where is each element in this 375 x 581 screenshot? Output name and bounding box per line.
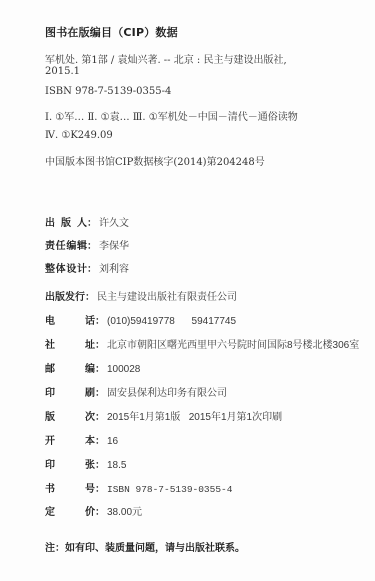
cip-isbn: ISBN 978-7-5139-0355-4 xyxy=(45,86,171,97)
quality-note: 注：如有印、装质量问题，请与出版社联系。 xyxy=(45,539,245,554)
publisher-person-value: 许久文 xyxy=(99,214,129,229)
phone-value: (010)59419778 59417745 xyxy=(107,316,236,327)
edition-value: 2015年1月第1版 2015年1月第1次印刷 xyxy=(107,408,282,423)
cip-entry-line-1: 军机处. 第1部 / 袁灿兴著. -- 北京 : 民主与建设出版社, xyxy=(45,51,287,66)
sheets-value: 18.5 xyxy=(107,460,126,471)
postcode-label: 邮 编 xyxy=(45,360,95,375)
editor-label: 责 任 编 辑 xyxy=(45,237,87,252)
cip-library-record: 中国版本图书馆CIP数据核字(2014)第204248号 xyxy=(45,153,265,168)
postcode-value: 100028 xyxy=(107,364,140,375)
editor-row: 责 任 编 辑 ： 李保华 xyxy=(45,237,129,252)
printer-value: 固安县保利达印务有限公司 xyxy=(107,384,227,399)
designer-label: 整 体 设 计 xyxy=(45,260,87,275)
printer-label: 印 刷 xyxy=(45,384,95,399)
book-number-row: 书 号 ： ISBN 978-7-5139-0355-4 xyxy=(45,480,232,495)
postcode-row: 邮 编 ： 100028 xyxy=(45,360,140,375)
designer-value: 刘利容 xyxy=(99,260,129,275)
publisher-person-label: 出 版 人 xyxy=(45,214,87,229)
edition-label: 版 次 xyxy=(45,408,95,423)
publisher-person-row: 出 版 人 ： 许久文 xyxy=(45,214,129,229)
designer-row: 整 体 设 计 ： 刘利容 xyxy=(45,260,129,275)
address-value: 北京市朝阳区曙光西里甲六号院时间国际8号楼北楼306室 xyxy=(107,336,359,351)
address-row: 社 址 ： 北京市朝阳区曙光西里甲六号院时间国际8号楼北楼306室 xyxy=(45,336,359,351)
cip-heading: 图书在版编目（CIP）数据 xyxy=(45,24,178,40)
cip-classification-line-1: Ⅰ. ①军… Ⅱ. ①袁… Ⅲ. ①军机处－中国－清代－通俗读物 xyxy=(45,108,298,123)
distributor-value: 民主与建设出版社有限责任公司 xyxy=(97,288,237,303)
distributor-label: 出版发行 xyxy=(45,288,85,303)
format-label: 开 本 xyxy=(45,432,95,447)
book-number-value: ISBN 978-7-5139-0355-4 xyxy=(107,484,232,495)
printer-row: 印 刷 ： 固安县保利达印务有限公司 xyxy=(45,384,227,399)
edition-row: 版 次 ： 2015年1月第1版 2015年1月第1次印刷 xyxy=(45,408,282,423)
price-value: 38.00元 xyxy=(107,503,142,518)
phone-row: 电 话 ： (010)59419778 59417745 xyxy=(45,312,236,327)
format-row: 开 本 ： 16 xyxy=(45,432,118,447)
copyright-page: 图书在版编目（CIP）数据 军机处. 第1部 / 袁灿兴著. -- 北京 : 民… xyxy=(0,0,375,581)
distributor-row: 出版发行 ： 民主与建设出版社有限责任公司 xyxy=(45,288,237,303)
price-row: 定 价 ： 38.00元 xyxy=(45,503,142,518)
price-label: 定 价 xyxy=(45,503,95,518)
cip-classification-line-2: Ⅳ. ①K249.09 xyxy=(45,130,113,141)
sheets-label: 印 张 xyxy=(45,456,95,471)
sheets-row: 印 张 ： 18.5 xyxy=(45,456,126,471)
book-number-label: 书 号 xyxy=(45,480,95,495)
cip-entry-line-2: 2015.1 xyxy=(45,66,80,77)
format-value: 16 xyxy=(107,436,118,447)
phone-label: 电 话 xyxy=(45,312,95,327)
editor-value: 李保华 xyxy=(99,237,129,252)
address-label: 社 址 xyxy=(45,336,95,351)
